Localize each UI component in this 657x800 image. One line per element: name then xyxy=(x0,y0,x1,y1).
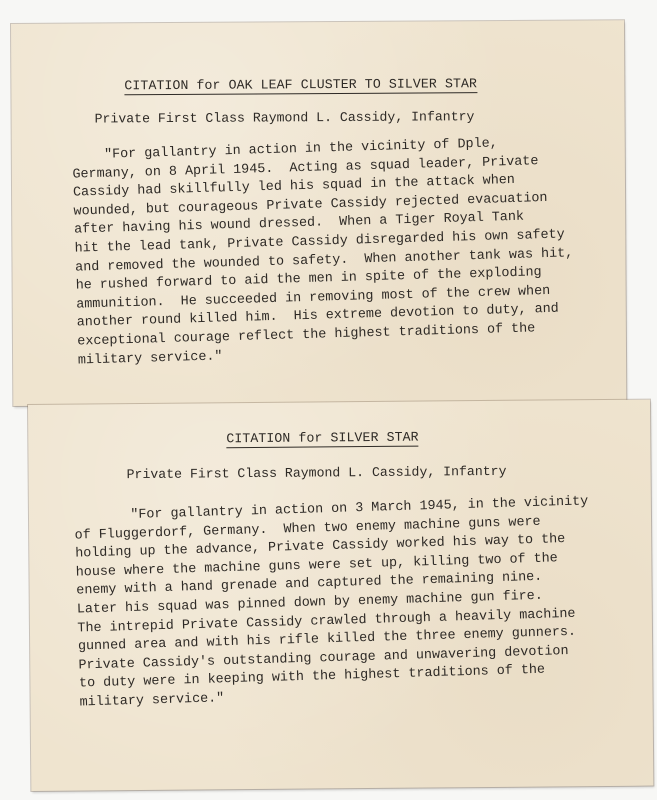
citation-body: "For gallantry in action in the vicinity… xyxy=(72,133,576,370)
citation-recipient: Private First Class Raymond L. Cassidy, … xyxy=(95,109,475,126)
citation-card-silver-star: CITATION for SILVER STAR Private First C… xyxy=(28,400,653,791)
citation-title: CITATION for OAK LEAF CLUSTER TO SILVER … xyxy=(124,76,477,95)
citation-body: "For gallantry in action on 3 March 1945… xyxy=(74,493,594,713)
citation-title: CITATION for SILVER STAR xyxy=(226,430,418,449)
citation-recipient: Private First Class Raymond L. Cassidy, … xyxy=(127,464,507,482)
citation-card-oak-leaf-cluster: CITATION for OAK LEAF CLUSTER TO SILVER … xyxy=(11,20,626,406)
